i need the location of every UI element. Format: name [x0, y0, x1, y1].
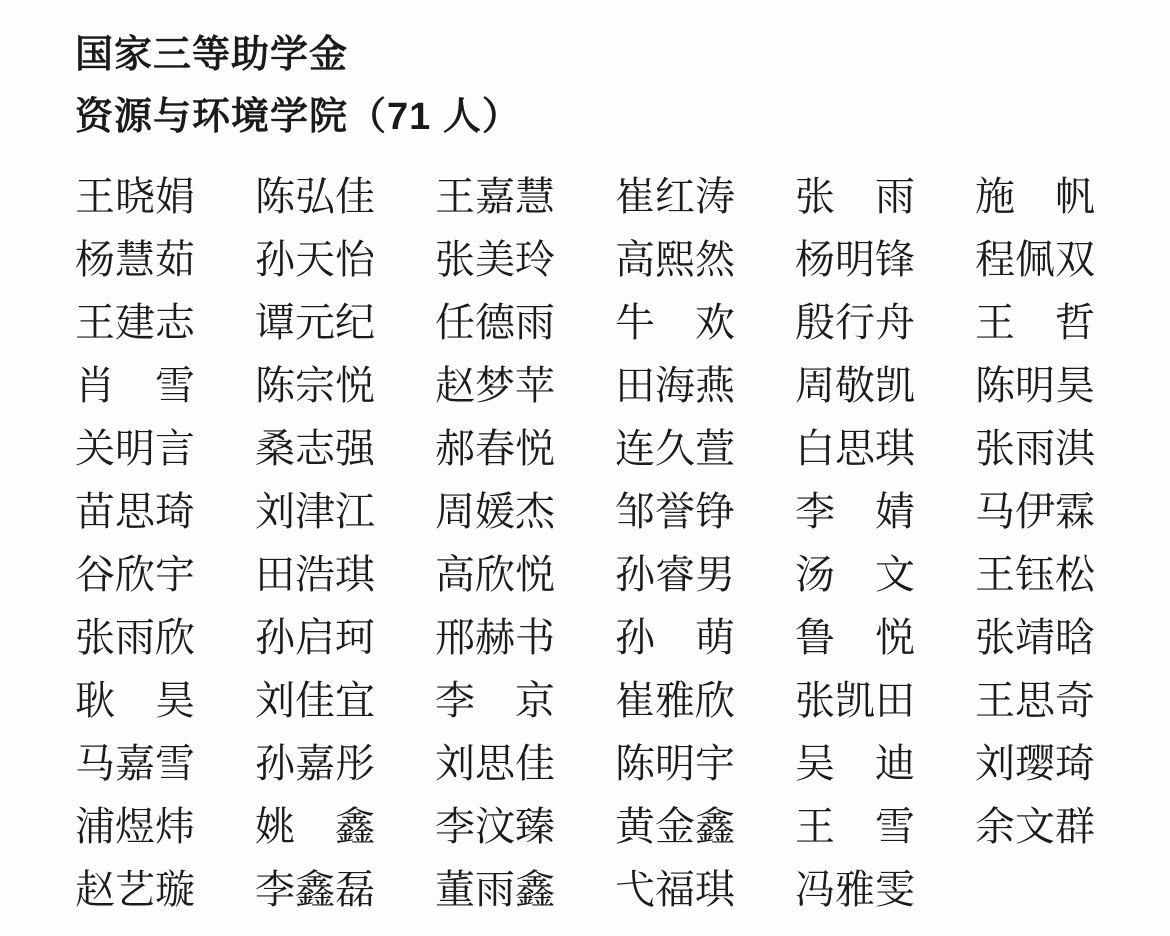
name-item: 马伊霖 — [975, 491, 1095, 533]
name-item: 张凯田 — [795, 680, 915, 722]
name-item: 陈明宇 — [615, 743, 735, 785]
name-item: 张 雨 — [795, 176, 915, 218]
name-item: 田海燕 — [615, 365, 735, 407]
name-item: 陈弘佳 — [255, 176, 375, 218]
name-item: 弋福琪 — [615, 869, 735, 911]
name-item: 孙启珂 — [255, 617, 375, 659]
name-item: 陈宗悦 — [255, 365, 375, 407]
name-item: 耿 昊 — [75, 680, 195, 722]
name-item: 张美玲 — [435, 239, 555, 281]
name-item: 浦煜炜 — [75, 806, 195, 848]
name-item: 刘津江 — [255, 491, 375, 533]
name-item: 陈明昊 — [975, 365, 1095, 407]
page-title: 国家三等助学金 — [75, 24, 1170, 86]
name-item: 连久萱 — [615, 428, 735, 470]
name-item: 苗思琦 — [75, 491, 195, 533]
name-item: 杨慧茹 — [75, 239, 195, 281]
scholarship-list-document: 国家三等助学金 资源与环境学院（71 人） 王晓娟 陈弘佳 王嘉慧 崔红涛 张 … — [0, 0, 1170, 936]
name-item: 崔雅欣 — [615, 680, 735, 722]
name-item: 邹誉铮 — [615, 491, 735, 533]
name-item: 崔红涛 — [615, 176, 735, 218]
name-item: 余文群 — [975, 806, 1095, 848]
name-item: 王 雪 — [795, 806, 915, 848]
name-item: 刘佳宜 — [255, 680, 375, 722]
name-item: 郝春悦 — [435, 428, 555, 470]
name-item: 程佩双 — [975, 239, 1095, 281]
name-item: 董雨鑫 — [435, 869, 555, 911]
name-item: 刘璎琦 — [975, 743, 1095, 785]
name-item: 张靖晗 — [975, 617, 1095, 659]
name-item: 李汶臻 — [435, 806, 555, 848]
name-item: 王建志 — [75, 302, 195, 344]
name-item: 桑志强 — [255, 428, 375, 470]
name-item: 张雨欣 — [75, 617, 195, 659]
name-item: 吴 迪 — [795, 743, 915, 785]
name-item: 周媛杰 — [435, 491, 555, 533]
name-item: 赵艺璇 — [75, 869, 195, 911]
name-item: 冯雅雯 — [795, 869, 915, 911]
name-item: 周敬凯 — [795, 365, 915, 407]
name-item: 鲁 悦 — [795, 617, 915, 659]
name-item: 王 哲 — [975, 302, 1095, 344]
name-item: 高熙然 — [615, 239, 735, 281]
name-item: 王嘉慧 — [435, 176, 555, 218]
name-item: 谷欣宇 — [75, 554, 195, 596]
name-item: 孙天怡 — [255, 239, 375, 281]
name-item: 高欣悦 — [435, 554, 555, 596]
name-item: 王思奇 — [975, 680, 1095, 722]
name-item: 孙睿男 — [615, 554, 735, 596]
name-item: 任德雨 — [435, 302, 555, 344]
name-item: 牛 欢 — [615, 302, 735, 344]
name-item: 殷行舟 — [795, 302, 915, 344]
name-item: 张雨淇 — [975, 428, 1095, 470]
name-item: 黄金鑫 — [615, 806, 735, 848]
name-item: 刘思佳 — [435, 743, 555, 785]
name-item: 邢赫书 — [435, 617, 555, 659]
name-item: 肖 雪 — [75, 365, 195, 407]
name-item: 王晓娟 — [75, 176, 195, 218]
college-heading: 资源与环境学院（71 人） — [75, 86, 1170, 148]
name-item: 王钰松 — [975, 554, 1095, 596]
names-grid: 王晓娟 陈弘佳 王嘉慧 崔红涛 张 雨 施 帆 杨慧茹 孙天怡 张美玲 高熙然 … — [75, 176, 1095, 911]
name-item: 李 婧 — [795, 491, 915, 533]
name-item: 关明言 — [75, 428, 195, 470]
name-item: 田浩琪 — [255, 554, 375, 596]
name-item: 孙 萌 — [615, 617, 735, 659]
name-item: 杨明锋 — [795, 239, 915, 281]
name-item: 姚 鑫 — [255, 806, 375, 848]
name-item: 施 帆 — [975, 176, 1095, 218]
name-item: 李 京 — [435, 680, 555, 722]
name-item: 汤 文 — [795, 554, 915, 596]
name-item: 李鑫磊 — [255, 869, 375, 911]
name-item: 孙嘉彤 — [255, 743, 375, 785]
name-item: 谭元纪 — [255, 302, 375, 344]
name-item: 白思琪 — [795, 428, 915, 470]
name-item: 赵梦苹 — [435, 365, 555, 407]
name-item: 马嘉雪 — [75, 743, 195, 785]
